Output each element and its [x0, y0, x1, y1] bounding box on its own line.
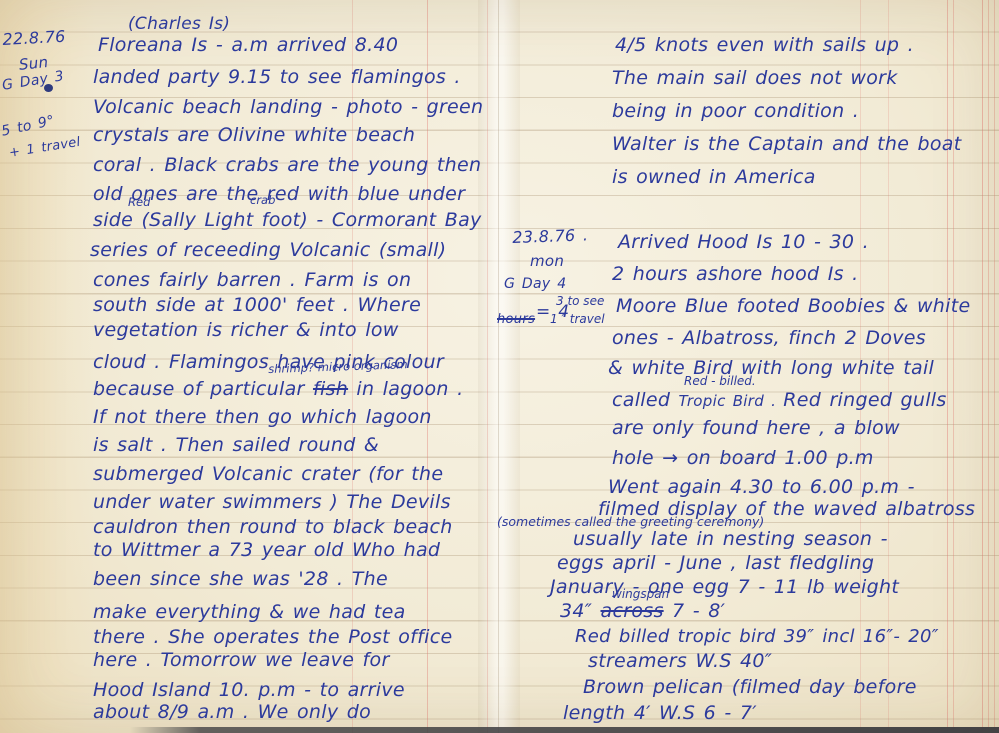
- handwriting-line: 34″ across 7 - 8′: [560, 600, 725, 622]
- handwriting-line: landed party 9.15 to see flamingos .: [93, 66, 461, 88]
- handwriting-line: streamers W.S 40″: [588, 650, 772, 672]
- struck-word: hours: [497, 312, 535, 327]
- handwriting-line: is salt . Then sailed round &: [93, 434, 379, 456]
- handwriting-line: there . She operates the Post office: [93, 626, 452, 648]
- handwriting-line: January - one egg 7 - 11 lb weight: [550, 576, 899, 598]
- line-text: Red ringed gulls: [783, 389, 946, 411]
- struck-word: fish: [313, 378, 348, 400]
- margin-weekday: mon: [530, 252, 564, 270]
- margin-day-count: G Day 4: [504, 276, 566, 292]
- handwriting-line: If not there then go which lagoon: [93, 406, 432, 428]
- line-text: because of particular: [93, 378, 313, 400]
- handwriting-line: 2 hours ashore hood Is .: [612, 263, 859, 285]
- line-text: 34″: [560, 600, 601, 622]
- margin-note: 1 ″ travel: [550, 312, 605, 326]
- handwriting-line: is owned in America: [612, 166, 816, 188]
- handwriting-line: under water swimmers ) The Devils: [93, 491, 451, 513]
- struck-word: across: [601, 600, 664, 622]
- handwriting-line: called Tropic Bird . Red ringed gulls: [612, 389, 947, 411]
- handwriting-line: submerged Volcanic crater (for the: [93, 463, 443, 485]
- handwriting-line: crystals are Olivine white beach: [93, 124, 415, 146]
- interlinear-note: crab: [250, 193, 275, 207]
- handwriting-line: The main sail does not work: [612, 67, 898, 89]
- handwriting-line: cauldron then round to black beach: [93, 516, 453, 538]
- handwriting-line: length 4′ W.S 6 - 7′: [563, 702, 757, 724]
- red-margin-line: [953, 0, 954, 733]
- line-text: Tropic Bird .: [679, 392, 784, 410]
- handwriting-line: side (Sally Light foot) - Cormorant Bay: [93, 209, 482, 231]
- handwriting-line: make everything & we had tea: [93, 601, 406, 623]
- red-margin-line: [988, 0, 989, 733]
- handwriting-line: Arrived Hood Is 10 - 30 .: [618, 231, 869, 253]
- line-text: in lagoon .: [348, 378, 463, 400]
- handwriting-line: Brown pelican (filmed day before: [583, 676, 917, 698]
- handwriting-line: eggs april - June , last fledgling: [557, 552, 874, 574]
- red-margin-line: [994, 0, 995, 733]
- gutter: [478, 0, 520, 733]
- handwriting-line: vegetation is richer & into low: [93, 319, 399, 341]
- handwriting-line: Volcanic beach landing - photo - green: [93, 96, 483, 118]
- ink-blot: [44, 84, 53, 92]
- interlinear-note: Red - billed.: [684, 374, 756, 388]
- interlinear-note: wingspan: [612, 587, 669, 601]
- margin-note: 3 to see: [556, 294, 604, 308]
- journal-scan: 22.8.76 Sun G Day 3 5 to 9° + 1 travel (…: [0, 0, 999, 733]
- scanner-edge: [130, 727, 999, 733]
- handwriting-line: because of particular fish in lagoon .: [93, 378, 463, 400]
- handwriting-line: hole → on board 1.00 p.m: [612, 447, 874, 469]
- handwriting-line: Walter is the Captain and the boat: [612, 133, 962, 155]
- handwriting-line: usually late in nesting season -: [573, 528, 888, 550]
- handwriting-line: & white Bird with long white tail: [608, 357, 934, 379]
- interlinear-note: Red: [128, 195, 150, 209]
- handwriting-line: are only found here , a blow: [612, 417, 900, 439]
- handwriting-line: ones - Albatross, finch 2 Doves: [612, 327, 926, 349]
- handwriting-line: here . Tomorrow we leave for: [93, 649, 390, 671]
- handwriting-line: Floreana Is - a.m arrived 8.40: [98, 34, 398, 56]
- handwriting-line: coral . Black crabs are the young then: [93, 154, 481, 176]
- red-margin-line: [982, 0, 983, 733]
- gutter-crease: [498, 0, 499, 733]
- line-text: 7 - 8′: [664, 600, 726, 622]
- line-text: called: [612, 389, 679, 411]
- page-edge-tint: [0, 0, 95, 733]
- margin-date: 22.8.76: [2, 27, 66, 49]
- entry-header: (Charles Is): [128, 14, 230, 34]
- red-margin-line: [947, 0, 948, 733]
- handwriting-line: series of receeding Volcanic (small): [90, 239, 446, 261]
- handwriting-line: Red billed tropic bird 39″ incl 16″- 20″: [575, 626, 939, 647]
- handwriting-line: been since she was '28 . The: [93, 568, 388, 590]
- handwriting-line: south side at 1000' feet . Where: [93, 294, 421, 316]
- handwriting-line: about 8/9 a.m . We only do: [93, 701, 371, 723]
- red-margin-line: [487, 0, 488, 733]
- handwriting-line: 4/5 knots even with sails up .: [615, 34, 914, 56]
- handwriting-line: Moore Blue footed Boobies & white: [616, 295, 970, 317]
- handwriting-line: to Wittmer a 73 year old Who had: [93, 539, 440, 561]
- margin-date: 23.8.76 .: [512, 225, 589, 247]
- handwriting-line: being in poor condition .: [612, 100, 859, 122]
- interlinear-note: (sometimes called the greeting ceremony): [497, 514, 764, 529]
- handwriting-line: cones fairly barren . Farm is on: [93, 269, 411, 291]
- handwriting-line: Went again 4.30 to 6.00 p.m -: [608, 476, 915, 498]
- handwriting-line: Hood Island 10. p.m - to arrive: [93, 679, 405, 701]
